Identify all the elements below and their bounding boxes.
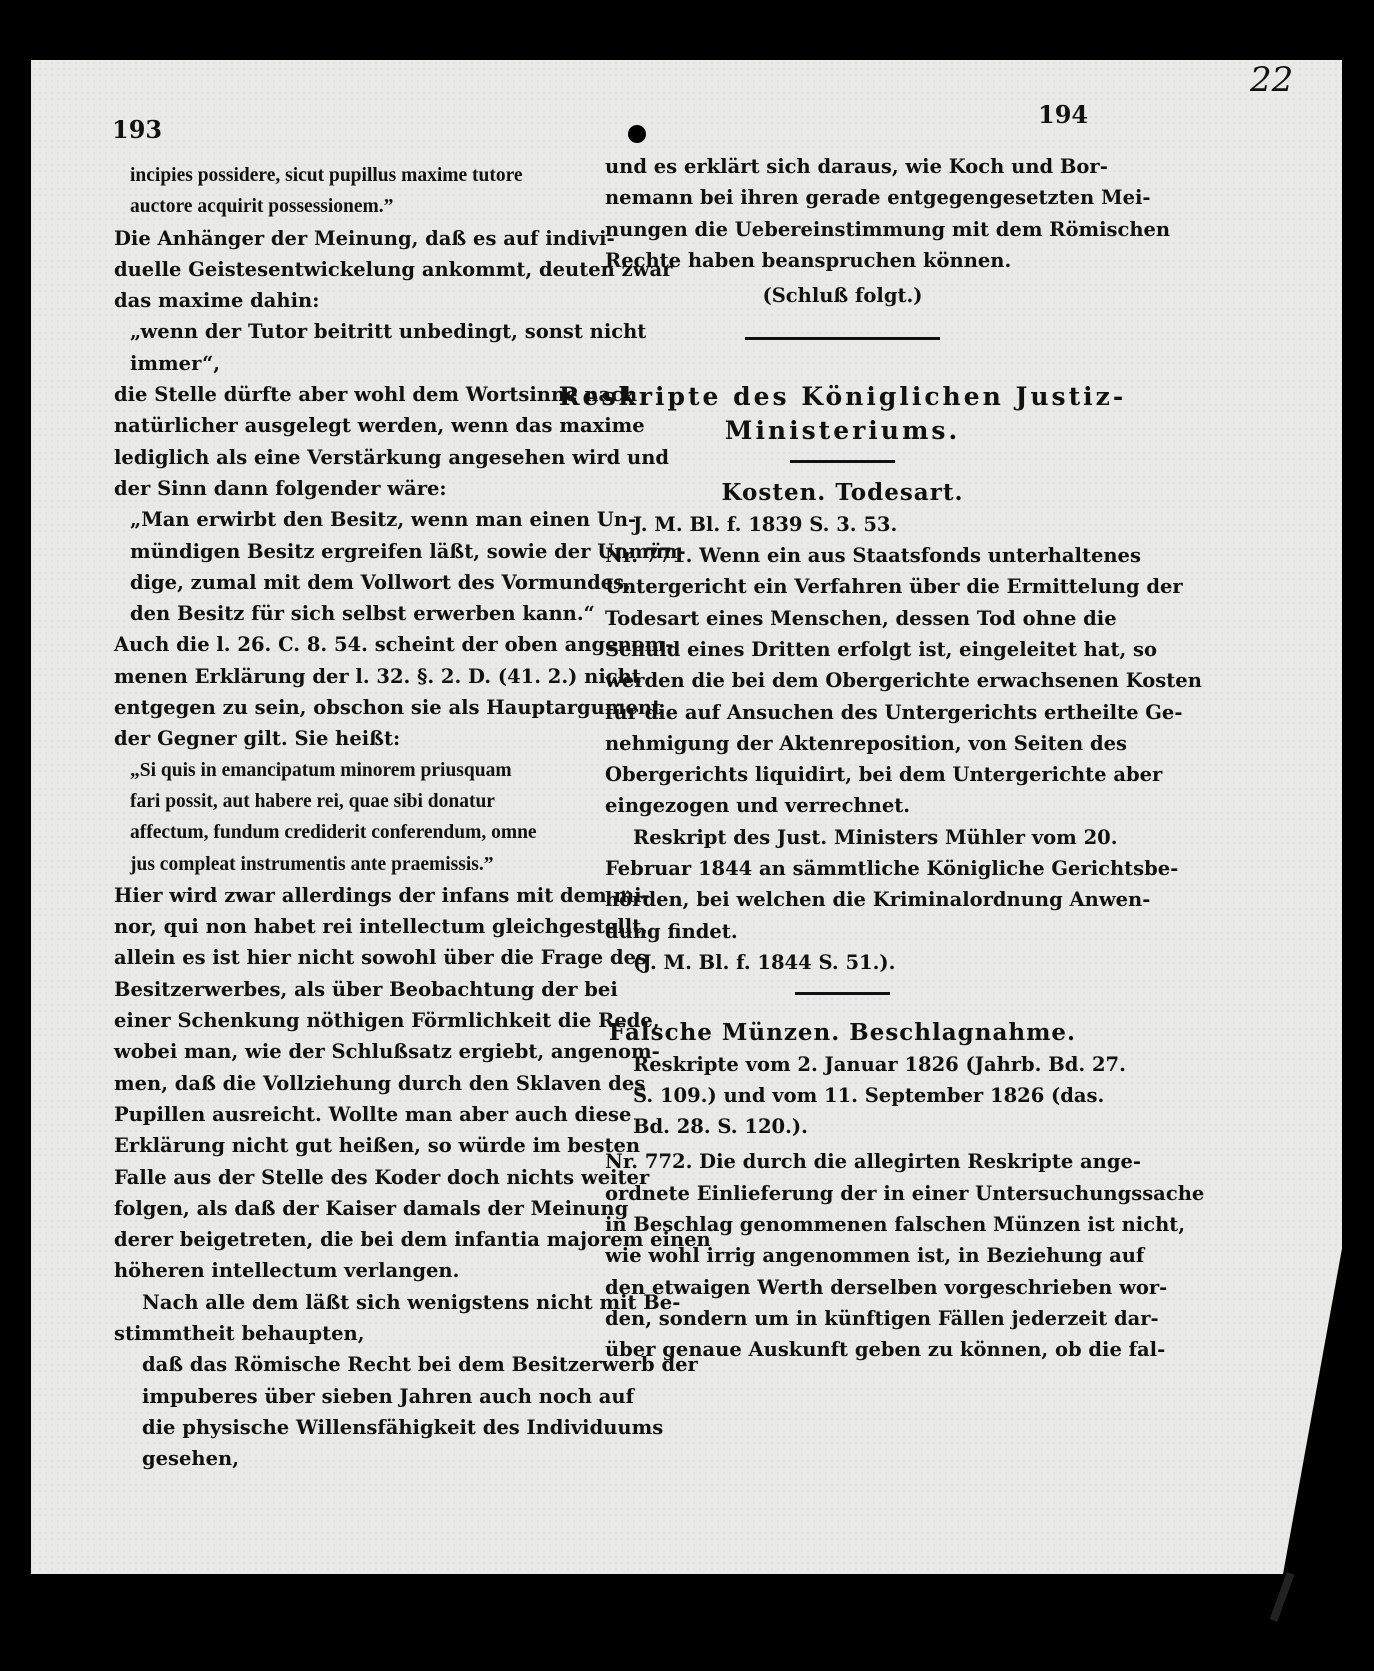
text-line: dige, zumal mit dem Vollwort des Vormund… [114,567,584,598]
text-line: Februar 1844 an sämmtliche Königliche Ge… [605,853,1080,884]
text-line: incipies possidere, sicut pupillus maxim… [114,160,584,191]
text-line: den Besitz für sich selbst erwerben kann… [114,598,584,629]
text-line: Nach alle dem läßt sich wenigstens nicht… [114,1287,584,1318]
text-line: Erklärung nicht gut heißen, so würde im … [114,1130,584,1161]
text-line: dung findet. [605,916,1080,947]
right-column: und es erklärt sich daraus, wie Koch und… [605,151,1080,1366]
text-line: ordnete Einlieferung der in einer Unters… [605,1178,1080,1209]
text-line: Nr. 772. Die durch die allegirten Reskri… [605,1146,1080,1177]
text-line: „Si quis in emancipatum minorem priusqua… [114,755,584,786]
text-line: Untergericht ein Verfahren über die Ermi… [605,571,1080,602]
text-line: den, sondern um in künftigen Fällen jede… [605,1303,1080,1334]
text-line: men, daß die Vollziehung durch den Sklav… [114,1068,584,1099]
text-line: derer beigetreten, die bei dem infantia … [114,1224,584,1255]
text-line: den etwaigen Werth derselben vorgeschrie… [605,1272,1080,1303]
text-line: „Man erwirbt den Besitz, wenn man einen … [114,504,584,535]
text-line: Auch die l. 26. C. 8. 54. scheint der ob… [114,629,584,660]
text-line: in Beschlag genommenen falschen Münzen i… [605,1209,1080,1240]
text-line: Rechte haben beanspruchen können. [605,245,1080,276]
text-line: einer Schenkung nöthigen Förmlichkeit di… [114,1005,584,1036]
text-line: nor, qui non habet rei intellectum gleic… [114,911,584,942]
text-line: Schuld eines Dritten erfolgt ist, eingel… [605,634,1080,665]
text-line: Nr. 771. Wenn ein aus Staatsfonds unterh… [605,540,1080,571]
text-line: auctore acquirit possessionem.” [114,191,584,222]
text-line: allein es ist hier nicht sowohl über die… [114,942,584,973]
text-line: nehmigung der Aktenreposition, von Seite… [605,728,1080,759]
text-line: duelle Geistesentwickelung ankommt, deut… [114,254,584,285]
text-line: S. 109.) und vom 11. September 1826 (das… [605,1080,1080,1111]
left-page-number: 193 [112,115,162,144]
text-line: mündigen Besitz ergreifen läßt, sowie de… [114,536,584,567]
text-line: eingezogen und verrechnet. [605,790,1080,821]
entry-divider [795,992,890,995]
text-line: der Sinn dann folgender wäre: [114,473,584,504]
text-line: impuberes über sieben Jahren auch noch a… [114,1381,584,1412]
text-line: fari possit, aut habere rei, quae sibi d… [114,786,584,817]
text-line: stimmtheit behaupten, [114,1318,584,1349]
text-line: nemann bei ihren gerade entgegengesetzte… [605,182,1080,213]
text-line: wobei man, wie der Schlußsatz ergiebt, a… [114,1036,584,1067]
text-line: Reskripte vom 2. Januar 1826 (Jahrb. Bd.… [605,1049,1080,1080]
text-line: wie wohl irrig angenommen ist, in Bezieh… [605,1240,1080,1271]
text-line: für die auf Ansuchen des Untergerichts e… [605,697,1080,728]
text-line: über genaue Auskunft geben zu können, ob… [605,1334,1080,1365]
text-line: der Gegner gilt. Sie heißt: [114,723,584,754]
text-line: Falle aus der Stelle des Koder doch nich… [114,1162,584,1193]
text-line: nungen die Uebereinstimmung mit dem Römi… [605,214,1080,245]
left-column: incipies possidere, sicut pupillus maxim… [114,160,584,1474]
text-line: Pupillen ausreicht. Wollte man aber auch… [114,1099,584,1130]
text-line: höheren intellectum verlangen. [114,1255,584,1286]
text-line: das maxime dahin: [114,285,584,316]
entry-source: (J. M. Bl. f. 1844 S. 51.). [605,947,1080,978]
text-line: entgegen zu sein, obschon sie als Haupta… [114,692,584,723]
text-line: hörden, bei welchen die Kriminalordnung … [605,884,1080,915]
text-line: Obergerichts liquidirt, bei dem Unterger… [605,759,1080,790]
text-line: immer“, [114,348,584,379]
text-line: jus compleat instrumentis ante praemissi… [114,849,584,880]
text-line: Hier wird zwar allerdings der infans mit… [114,880,584,911]
text-line: Todesart eines Menschen, dessen Tod ohne… [605,603,1080,634]
entry-citation: J. M. Bl. f. 1839 S. 3. 53. [605,509,1080,540]
section-heading-cont: Ministeriums. [605,414,1080,448]
text-line: natürlicher ausgelegt werden, wenn das m… [114,410,584,441]
text-line: lediglich als eine Verstärkung angesehen… [114,442,584,473]
ink-blot [628,125,646,143]
text-line: die physische Willensfähigkeit des Indiv… [114,1412,584,1443]
text-line: folgen, als daß der Kaiser damals der Me… [114,1193,584,1224]
text-line: menen Erklärung der l. 32. §. 2. D. (41.… [114,661,584,692]
text-line: werden die bei dem Obergerichte erwachse… [605,665,1080,696]
text-line: die Stelle dürfte aber wohl dem Wortsinn… [114,379,584,410]
handwritten-archive-number: 22 [1250,60,1293,100]
to-be-continued: (Schluß folgt.) [605,280,1080,311]
text-line: „wenn der Tutor beitritt unbedingt, sons… [114,316,584,347]
text-line: gesehen, [114,1443,584,1474]
text-line: Besitzerwerbes, als über Beobachtung der… [114,974,584,1005]
torn-corner [1270,1572,1295,1622]
text-line: Die Anhänger der Meinung, daß es auf ind… [114,223,584,254]
text-line: daß das Römische Recht bei dem Besitzerw… [114,1349,584,1380]
section-heading: Reskripte des Königlichen Justiz- [605,380,1080,414]
text-line: Bd. 28. S. 120.). [605,1111,1080,1142]
text-line: und es erklärt sich daraus, wie Koch und… [605,151,1080,182]
text-line: affectum, fundum crediderit conferendum,… [114,817,584,848]
heading-divider [790,460,895,463]
right-page-number: 194 [1038,100,1088,129]
section-divider [745,337,940,340]
entry-title: Kosten. Todesart. [605,477,1080,508]
entry-title: Falsche Münzen. Beschlagnahme. [605,1017,1080,1048]
text-line: Reskript des Just. Ministers Mühler vom … [605,822,1080,853]
